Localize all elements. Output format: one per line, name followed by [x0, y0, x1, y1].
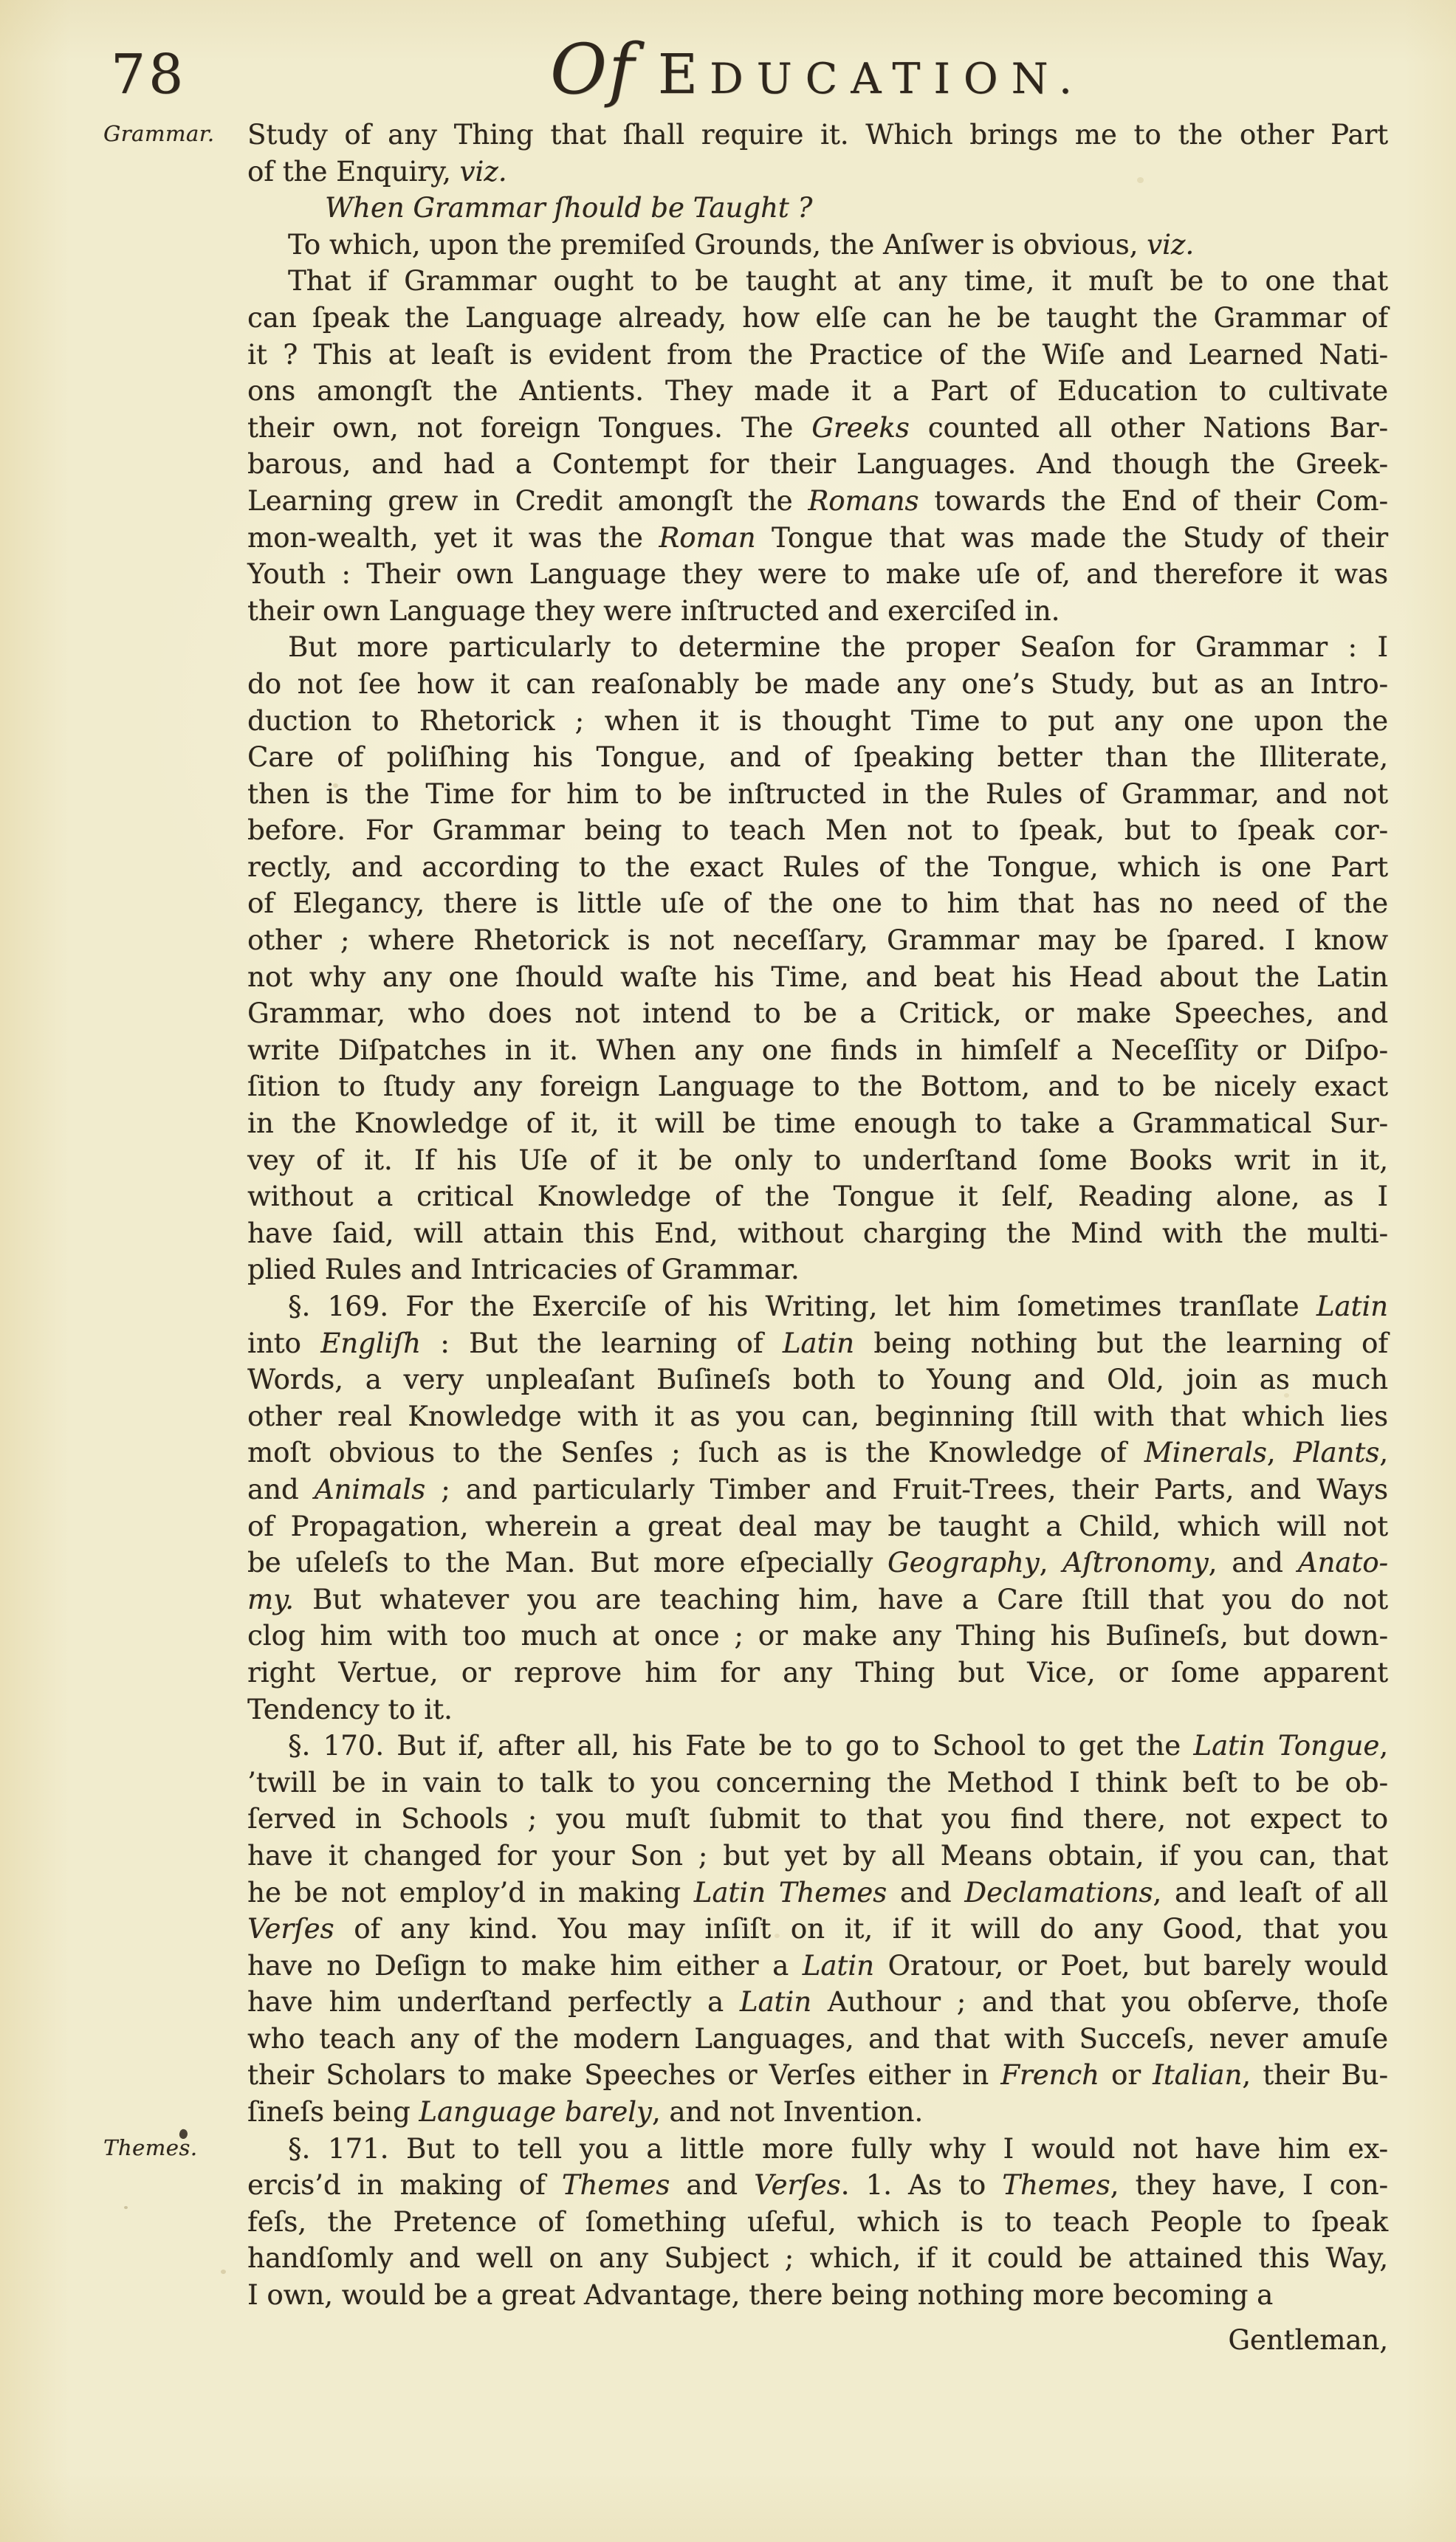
text-line: right Vertue, or reprove him for any Thi…: [247, 1655, 1388, 1691]
text-run: ’twill be in vain to talk to you concern…: [247, 1767, 1388, 1799]
text-run: before. For Grammar being to teach Men n…: [247, 814, 1388, 846]
text-run-italic: Italian: [1153, 2059, 1242, 2091]
text-run: , and: [1209, 1547, 1298, 1579]
text-line: into Engliſh : But the learning of Latin…: [247, 1325, 1388, 1362]
text-run: But more particularly to determine the p…: [288, 631, 1388, 663]
text-run-italic: Language barely: [419, 2096, 651, 2128]
text-line: Care of poliſhing his Tongue, and of ſpe…: [247, 739, 1388, 776]
text-run-italic: viz.: [459, 156, 506, 188]
text-run: ſineſs being: [247, 2096, 419, 2128]
body-text: Grammar.Study of any Thing that ſhall re…: [247, 117, 1388, 2314]
text-run: being nothing but the learning of: [854, 1327, 1388, 1359]
text-line: who teach any of the modern Languages, a…: [247, 2021, 1388, 2058]
text-run-italic: French: [1000, 2059, 1099, 2091]
text-run: §. 170. But if, after all, his Fate be t…: [288, 1730, 1193, 1762]
text-run-italic: When Grammar ſhould be Taught ?: [325, 192, 812, 224]
text-run: then is the Time for him to be inſtructe…: [247, 778, 1388, 810]
text-run: it ? This at leaſt is evident from the P…: [247, 339, 1388, 371]
text-run: he be not employ’d in making: [247, 1877, 694, 1909]
text-run: Words, a very unpleaſant Buſineſs both t…: [247, 1364, 1388, 1395]
text-line: moſt obvious to the Senſes ; ſuch as is …: [247, 1435, 1388, 1471]
text-run-italic: Latin: [740, 1986, 811, 2018]
text-line: ſition to ſtudy any foreign Language to …: [247, 1068, 1388, 1105]
text-run: Tendency to it.: [247, 1694, 453, 1725]
text-line: he be not employ’d in making Latin Theme…: [247, 1875, 1388, 1911]
scanned-book-page: { "document": { "page_number": "78", "ru…: [0, 0, 1456, 2542]
text-run: rectly, and according to the exact Rules…: [247, 851, 1388, 883]
text-run: ; and particularly Timber and Fruit-Tree…: [425, 1474, 1388, 1505]
text-line: rectly, and according to the exact Rules…: [247, 849, 1388, 886]
text-run-italic: Roman: [659, 522, 755, 554]
margin-note: Themes.: [103, 2133, 240, 2163]
text-run: who teach any of the modern Languages, a…: [247, 2023, 1388, 2055]
text-line: without a critical Knowledge of the Tong…: [247, 1178, 1388, 1215]
text-run-italic: Themes: [1002, 2169, 1110, 2201]
text-run: , and leaſt of all: [1153, 1877, 1388, 1909]
text-run-italic: my.: [247, 1584, 294, 1615]
page-number: 78: [111, 43, 186, 106]
text-line: have him underſtand perfectly a Latin Au…: [247, 1984, 1388, 2021]
text-run: Youth : Their own Language they were to …: [247, 558, 1388, 590]
text-line: When Grammar ſhould be Taught ?: [247, 190, 1388, 227]
text-line: have ſaid, will attain this End, without…: [247, 1215, 1388, 1252]
text-run-italic: Latin Tongue: [1193, 1730, 1379, 1762]
text-run: Study of any Thing that ſhall require it…: [247, 119, 1388, 151]
text-line: barous, and had a Contempt for their Lan…: [247, 446, 1388, 483]
text-run: have no Deſign to make him either a: [247, 1950, 803, 1982]
text-run-italic: Minerals: [1144, 1437, 1267, 1468]
text-run: their own Language they were inſtructed …: [247, 595, 1060, 627]
text-run: other real Knowledge with it as you can,…: [247, 1401, 1388, 1432]
text-run-italic: Romans: [808, 485, 918, 517]
text-line: write Diſpatches in it. When any one fin…: [247, 1032, 1388, 1069]
text-run: their own, not foreign Tongues. The: [247, 412, 811, 444]
text-run: Care of poliſhing his Tongue, and of ſpe…: [247, 741, 1388, 773]
text-run: have it changed for your Son ; but yet b…: [247, 1840, 1388, 1872]
text-line: Learning grew in Credit amongſt the Roma…: [247, 483, 1388, 520]
text-line: Verſes of any kind. You may inſiſt on it…: [247, 1911, 1388, 1948]
text-line: §. 170. But if, after all, his Fate be t…: [247, 1728, 1388, 1765]
text-run: other ; where Rhetorick is not neceſſary…: [247, 924, 1388, 956]
text-line: it ? This at leaſt is evident from the P…: [247, 337, 1388, 374]
text-run: ercis’d in making of: [247, 2169, 562, 2201]
text-line: ons amongſt the Antients. They made it a…: [247, 373, 1388, 410]
text-run: ,: [1040, 1547, 1063, 1579]
text-run: feſs, the Pretence of ſomething uſeful, …: [247, 2206, 1388, 2238]
text-run-italic: Geography: [887, 1547, 1040, 1579]
text-run: Learning grew in Credit amongſt the: [247, 485, 808, 517]
header-title-rest: DUCATION.: [710, 55, 1085, 103]
text-run: §. 171. But to tell you a little more fu…: [288, 2133, 1388, 2165]
text-run: ,: [1379, 1437, 1388, 1468]
text-line: plied Rules and Intricacies of Grammar.: [247, 1251, 1388, 1288]
text-run: ,: [1379, 1730, 1388, 1762]
text-run: plied Rules and Intricacies of Grammar.: [247, 1254, 800, 1285]
text-run: clog him with too much at once ; or make…: [247, 1620, 1388, 1652]
text-run-italic: Latin: [803, 1950, 874, 1982]
text-line: ’twill be in vain to talk to you concern…: [247, 1765, 1388, 1801]
text-run: , and not Invention.: [652, 2096, 923, 2128]
text-run: But whatever you are teaching him, have …: [294, 1584, 1388, 1615]
text-line: their own Language they were inſtructed …: [247, 593, 1388, 630]
text-line: and Animals ; and particularly Timber an…: [247, 1471, 1388, 1508]
text-line: mon-wealth, yet it was the Roman Tongue …: [247, 520, 1388, 557]
text-line: other real Knowledge with it as you can,…: [247, 1398, 1388, 1435]
text-run: To which, upon the premiſed Grounds, the…: [288, 229, 1147, 261]
text-line: But more particularly to determine the p…: [247, 629, 1388, 666]
text-run: and: [247, 1474, 315, 1505]
text-run: I own, would be a great Advantage, there…: [247, 2279, 1273, 2311]
text-run: of any kind. You may inſiſt on it, if it…: [334, 1913, 1389, 1945]
text-line: can ſpeak the Language already, how elſe…: [247, 300, 1388, 337]
text-run: , their Bu-: [1242, 2059, 1388, 2091]
text-line: other ; where Rhetorick is not neceſſary…: [247, 922, 1388, 959]
text-run-italic: Declamations: [964, 1877, 1153, 1909]
text-run: handſomly and well on any Subject ; whic…: [247, 2242, 1388, 2274]
text-run-italic: Engliſh: [320, 1327, 421, 1359]
text-line: not why any one ſhould waſte his Time, a…: [247, 959, 1388, 996]
text-run-italic: viz.: [1147, 229, 1194, 261]
text-line: be uſeleſs to the Man. But more eſpecial…: [247, 1545, 1388, 1581]
text-run: vey of it. If his Uſe of it be only to u…: [247, 1144, 1388, 1176]
text-run: ,: [1267, 1437, 1294, 1468]
text-run: of the Enquiry,: [247, 156, 459, 188]
text-run: not why any one ſhould waſte his Time, a…: [247, 961, 1388, 993]
text-run: have him underſtand perfectly a: [247, 1986, 740, 2018]
text-run: write Diſpatches in it. When any one fin…: [247, 1034, 1388, 1066]
text-run: their Scholars to make Speeches or Verſe…: [247, 2059, 1000, 2091]
text-run: duction to Rhetorick ; when it is though…: [247, 705, 1388, 737]
text-run-italic: Anato-: [1298, 1547, 1388, 1579]
text-run: have ſaid, will attain this End, without…: [247, 1217, 1388, 1249]
text-run: ſerved in Schools ; you muſt ſubmit to t…: [247, 1803, 1388, 1835]
text-line: in the Knowledge of it, it will be time …: [247, 1105, 1388, 1142]
text-run: right Vertue, or reprove him for any Thi…: [247, 1657, 1388, 1689]
text-line: do not ſee how it can reaſonably be made…: [247, 666, 1388, 703]
text-line: my. But whatever you are teaching him, h…: [247, 1581, 1388, 1618]
catchword: Gentleman,: [247, 2324, 1388, 2356]
text-run: moſt obvious to the Senſes ; ſuch as is …: [247, 1437, 1144, 1468]
text-line: of Elegancy, there is little uſe of the …: [247, 885, 1388, 922]
text-run: and: [887, 1877, 964, 1909]
text-line: clog him with too much at once ; or make…: [247, 1618, 1388, 1655]
text-line: of Propagation, wherein a great deal may…: [247, 1508, 1388, 1545]
text-run: §. 169. For the Exerciſe of his Writing,…: [288, 1291, 1316, 1322]
text-line: have no Deſign to make him either a Lati…: [247, 1948, 1388, 1985]
text-run: into: [247, 1327, 320, 1359]
text-line: ſineſs being Language barely, and not In…: [247, 2094, 1388, 2131]
text-line: ercis’d in making of Themes and Verſes. …: [247, 2167, 1388, 2204]
text-run-italic: Latin: [783, 1327, 854, 1359]
text-line: before. For Grammar being to teach Men n…: [247, 812, 1388, 849]
text-run: ons amongſt the Antients. They made it a…: [247, 375, 1388, 407]
text-run: of Propagation, wherein a great deal may…: [247, 1511, 1388, 1542]
text-line: Youth : Their own Language they were to …: [247, 556, 1388, 593]
text-line: §. 169. For the Exerciſe of his Writing,…: [247, 1288, 1388, 1325]
text-line: Themes.§. 171. But to tell you a little …: [247, 2131, 1388, 2168]
text-run: , they have, I con-: [1110, 2169, 1388, 2201]
text-line: To which, upon the premiſed Grounds, the…: [247, 227, 1388, 264]
text-run: Authour ; and that you obſerve, thoſe: [811, 1986, 1388, 2018]
text-run: : But the learning of: [421, 1327, 783, 1359]
text-line: That if Grammar ought to be taught at an…: [247, 263, 1388, 300]
text-run: be uſeleſs to the Man. But more eſpecial…: [247, 1547, 887, 1579]
text-line: Words, a very unpleaſant Buſineſs both t…: [247, 1361, 1388, 1398]
text-line: ſerved in Schools ; you muſt ſubmit to t…: [247, 1801, 1388, 1838]
text-line: Grammar.Study of any Thing that ſhall re…: [247, 117, 1388, 154]
text-run: ſition to ſtudy any foreign Language to …: [247, 1071, 1388, 1102]
text-run: mon-wealth, yet it was the: [247, 522, 659, 554]
text-line: Grammar, who does not intend to be a Cri…: [247, 995, 1388, 1032]
text-run-italic: Animals: [315, 1474, 425, 1505]
text-line: have it changed for your Son ; but yet b…: [247, 1838, 1388, 1875]
text-line: then is the Time for him to be inſtructe…: [247, 776, 1388, 813]
text-run: can ſpeak the Language already, how elſe…: [247, 302, 1388, 334]
text-run: of Elegancy, there is little uſe of the …: [247, 887, 1388, 919]
text-run-italic: Greeks: [811, 412, 909, 444]
text-run-italic: Latin: [1316, 1291, 1388, 1322]
text-run-italic: Verſes: [247, 1913, 334, 1945]
running-header: OfEDUCATION.: [247, 30, 1388, 110]
text-run: barous, and had a Contempt for their Lan…: [247, 448, 1388, 480]
text-line: their Scholars to make Speeches or Verſe…: [247, 2057, 1388, 2094]
text-run-italic: Plants: [1294, 1437, 1379, 1468]
text-run: Tongue that was made the Study of their: [755, 522, 1388, 554]
text-line: handſomly and well on any Subject ; whic…: [247, 2240, 1388, 2277]
text-line: I own, would be a great Advantage, there…: [247, 2277, 1388, 2314]
text-run: and: [670, 2169, 754, 2201]
text-run: or: [1099, 2059, 1153, 2091]
text-line: feſs, the Pretence of ſomething uſeful, …: [247, 2204, 1388, 2241]
text-run: towards the End of their Com-: [918, 485, 1388, 517]
text-line: vey of it. If his Uſe of it be only to u…: [247, 1142, 1388, 1179]
text-run-italic: Themes: [562, 2169, 670, 2201]
text-run-italic: Verſes: [754, 2169, 841, 2201]
text-run: without a critical Knowledge of the Tong…: [247, 1181, 1388, 1212]
text-run-italic: Latin Themes: [694, 1877, 887, 1909]
text-run: Grammar, who does not intend to be a Cri…: [247, 997, 1388, 1029]
text-run: Oratour, or Poet, but barely would: [874, 1950, 1388, 1982]
text-run: in the Knowledge of it, it will be time …: [247, 1107, 1388, 1139]
margin-note: Grammar.: [103, 119, 240, 148]
header-title-initial: E: [658, 43, 710, 106]
text-run-italic: Aſtronomy: [1062, 1547, 1208, 1579]
text-line: of the Enquiry, viz.: [247, 154, 1388, 190]
text-run: That if Grammar ought to be taught at an…: [288, 265, 1388, 297]
paper-foxing-specks: [0, 0, 4, 3]
text-line: their own, not foreign Tongues. The Gree…: [247, 410, 1388, 447]
text-line: duction to Rhetorick ; when it is though…: [247, 703, 1388, 740]
text-run: counted all other Nations Bar-: [910, 412, 1388, 444]
text-run: do not ſee how it can reaſonably be made…: [247, 668, 1388, 700]
header-of: Of: [550, 30, 636, 110]
text-line: Tendency to it.: [247, 1691, 1388, 1728]
text-run: . 1. As to: [841, 2169, 1003, 2201]
